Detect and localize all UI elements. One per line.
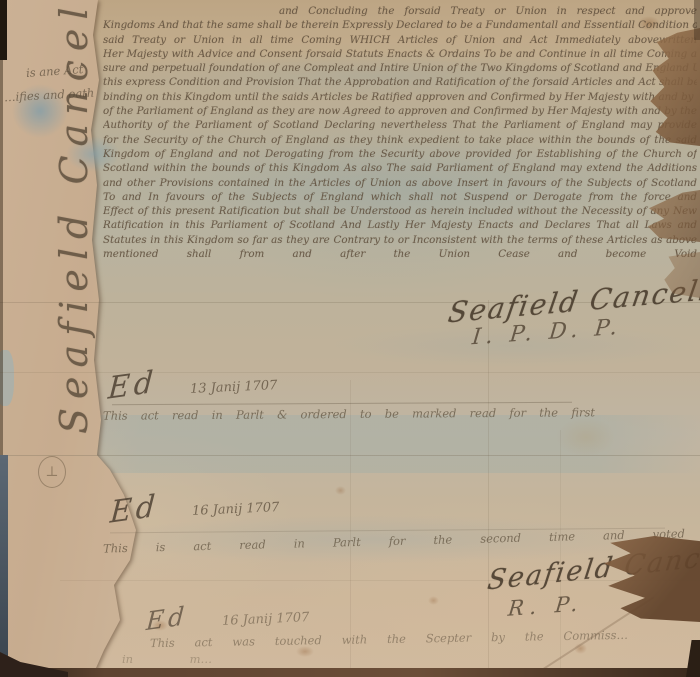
act-line: To and In favours of the Subjects of Eng… bbox=[103, 190, 697, 204]
endorsement-note-fragment: in m… bbox=[122, 652, 212, 666]
act-line: Kingdom of England and not Derogating fr… bbox=[103, 147, 697, 161]
act-line: and other Provisions contained in the Ar… bbox=[103, 176, 697, 190]
act-line: and Concluding the forsaid Treaty or Uni… bbox=[103, 4, 697, 18]
act-line: sure and perpetuall foundation of ane Co… bbox=[103, 61, 697, 75]
act-line: of the Parliament of England as they are… bbox=[103, 104, 697, 118]
act-line: this express Condition and Provision Tha… bbox=[103, 75, 697, 89]
act-line: Ratification in this Parliament of Scotl… bbox=[103, 218, 697, 232]
act-line: Statutes in this Kingdom so far as they … bbox=[103, 233, 697, 247]
act-line: Effect of this present Ratification but … bbox=[103, 204, 697, 218]
act-line: for the Security of the Church of Englan… bbox=[103, 133, 697, 147]
manuscript-photo: and Concluding the forsaid Treaty or Uni… bbox=[0, 0, 700, 677]
paraph-flourish: Ed bbox=[109, 488, 160, 531]
act-line: Kingdoms And that the same shall be ther… bbox=[103, 18, 697, 32]
act-line: said Treaty or Union in all time Coming … bbox=[103, 33, 697, 47]
act-line: Authority of the Parliament of Scotland … bbox=[103, 118, 697, 132]
act-line: mentioned shall from and after the Union… bbox=[103, 247, 697, 261]
act-line: Her Majesty with Advice and Consent fors… bbox=[103, 47, 697, 61]
paraph-flourish: Ed bbox=[107, 364, 158, 407]
paraph-flourish: Ed bbox=[145, 601, 189, 636]
act-line: Scotland within the bounds of this Kingd… bbox=[103, 161, 697, 175]
circled-pencil-mark: ⊥ bbox=[38, 456, 66, 488]
act-line: binding on this Kingdom until the saids … bbox=[103, 90, 697, 104]
act-text-block: and Concluding the forsaid Treaty or Uni… bbox=[103, 4, 697, 261]
